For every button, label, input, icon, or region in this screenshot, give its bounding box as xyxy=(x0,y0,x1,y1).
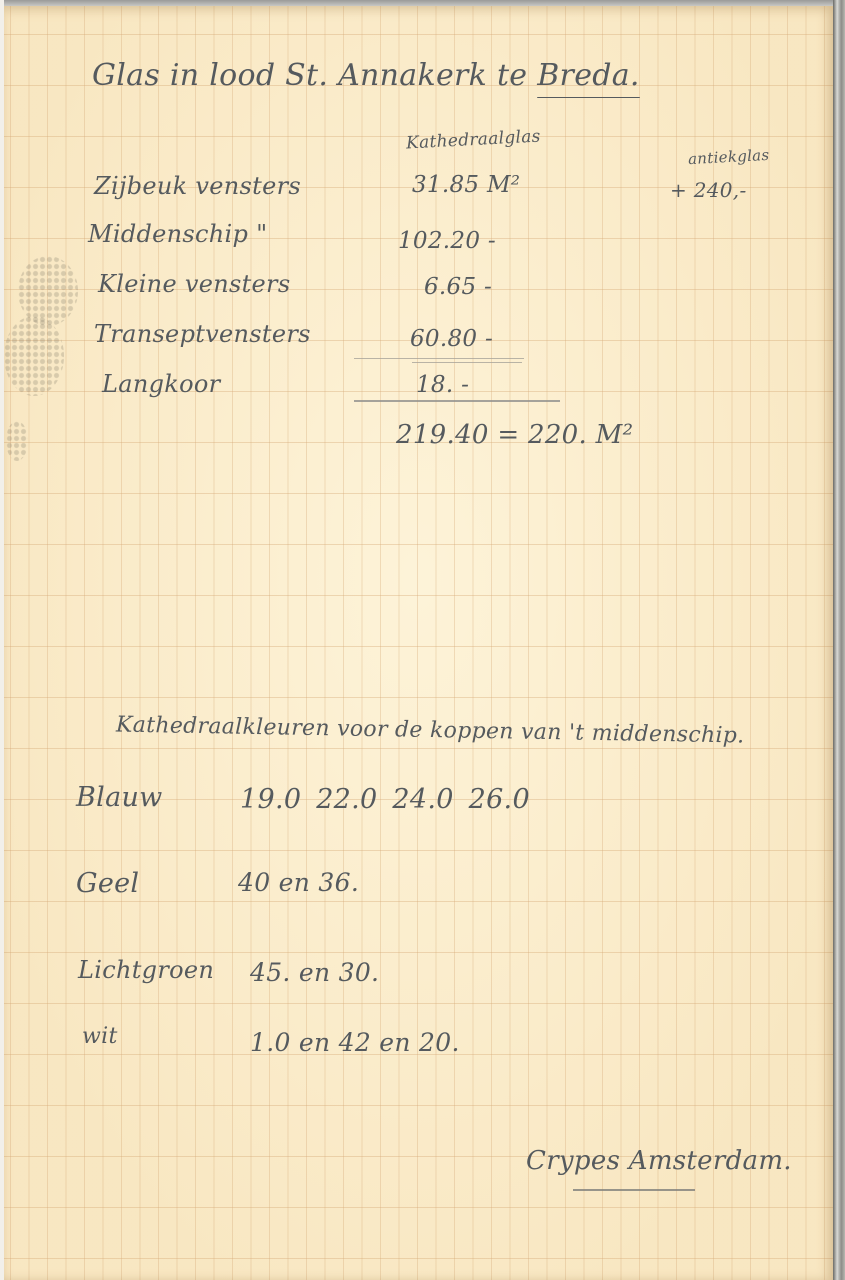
row-label: Transeptvensters xyxy=(94,320,311,348)
paper-stain xyxy=(6,421,28,461)
row-value: 18. - xyxy=(416,372,469,398)
scanner-right-edge xyxy=(833,0,845,1280)
document-title: Glas in lood St. Annakerk te Breda. xyxy=(92,58,640,93)
color-label: Blauw xyxy=(76,782,163,813)
row-value: 60.80 - xyxy=(410,326,493,352)
color-values: 40 en 36. xyxy=(238,868,359,897)
total-value: 219.40 = 220. M² xyxy=(396,420,633,450)
title-text: Glas in lood St. Annakerk te xyxy=(92,58,527,93)
row-value: 102.20 - xyxy=(398,228,496,254)
row-extra-value: + 240,- xyxy=(670,178,747,202)
signature: Crypes Amsterdam. xyxy=(526,1146,792,1176)
column-header-antiekglas: antiekglas xyxy=(688,146,770,168)
row-label: Middenschip " xyxy=(88,220,267,248)
signature-underline xyxy=(573,1189,695,1191)
column-header-kathedraalglas: Kathedraalglas xyxy=(406,126,542,153)
section-heading: Kathedraalkleuren voor de koppen van 't … xyxy=(116,713,745,749)
subtotal-rule xyxy=(354,358,524,359)
row-value: 31.85 M² xyxy=(412,172,520,198)
subtotal-rule xyxy=(412,362,522,363)
row-label: Langkoor xyxy=(102,370,220,398)
paper-stain xyxy=(18,256,78,326)
grid-paper-sheet: Glas in lood St. Annakerk te Breda. Kath… xyxy=(4,6,833,1280)
paper-stain xyxy=(4,316,64,396)
color-label: Geel xyxy=(76,868,139,899)
total-rule xyxy=(354,400,560,402)
row-label: Kleine vensters xyxy=(98,270,290,298)
color-values: 19.0 22.0 24.0 26.0 xyxy=(240,784,530,815)
color-values: 45. en 30. xyxy=(250,958,379,987)
color-values: 1.0 en 42 en 20. xyxy=(250,1028,460,1057)
title-place: Breda. xyxy=(537,58,640,93)
color-label: wit xyxy=(82,1024,118,1049)
row-label: Zijbeuk vensters xyxy=(94,172,301,200)
row-value: 6.65 - xyxy=(424,274,492,300)
color-label: Lichtgroen xyxy=(78,956,214,984)
